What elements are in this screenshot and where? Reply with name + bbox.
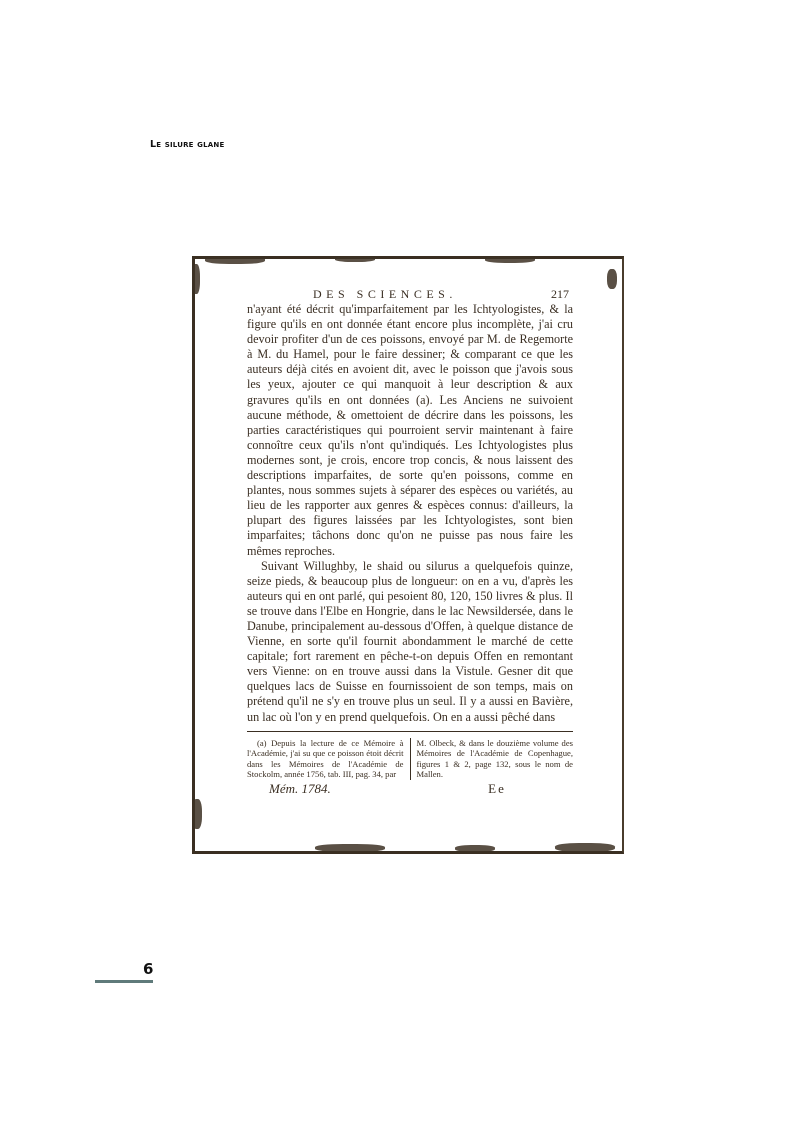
scanned-page-image: DES SCIENCES. 217 n'ayant été décrit qu'…	[192, 256, 624, 854]
body-text: n'ayant été décrit qu'imparfaitement par…	[247, 302, 573, 725]
scan-content: DES SCIENCES. 217 n'ayant été décrit qu'…	[247, 287, 573, 797]
memoir-label: Mém. 1784.	[247, 781, 421, 797]
footnote-right: M. Olbeck, & dans le douzième volume des…	[410, 738, 574, 780]
scan-smudge	[455, 845, 495, 852]
scan-smudge	[192, 264, 200, 294]
scan-smudge	[192, 799, 202, 829]
footer-rule	[95, 980, 153, 983]
page-header: DES SCIENCES. 217	[247, 287, 573, 302]
scan-smudge	[335, 256, 375, 262]
running-head: Le silure glane	[150, 139, 224, 150]
signature-mark: Ee	[421, 781, 573, 797]
paragraph: Suivant Willughby, le shaid ou silurus a…	[247, 559, 573, 725]
page-folio: 217	[551, 287, 569, 302]
page-header-title: DES SCIENCES.	[313, 287, 457, 302]
footnote-rule	[247, 731, 573, 732]
scan-smudge	[205, 256, 265, 264]
signature-row: Mém. 1784. Ee	[247, 781, 573, 797]
footnotes: (a) Depuis la lecture de ce Mémoire à l'…	[247, 738, 573, 780]
scan-smudge	[485, 256, 535, 263]
page-number: 6	[143, 960, 153, 978]
scan-smudge	[315, 844, 385, 852]
scan-smudge	[555, 843, 615, 852]
paragraph: n'ayant été décrit qu'imparfaitement par…	[247, 302, 573, 559]
footnote-left: (a) Depuis la lecture de ce Mémoire à l'…	[247, 738, 410, 780]
scan-smudge	[607, 269, 617, 289]
